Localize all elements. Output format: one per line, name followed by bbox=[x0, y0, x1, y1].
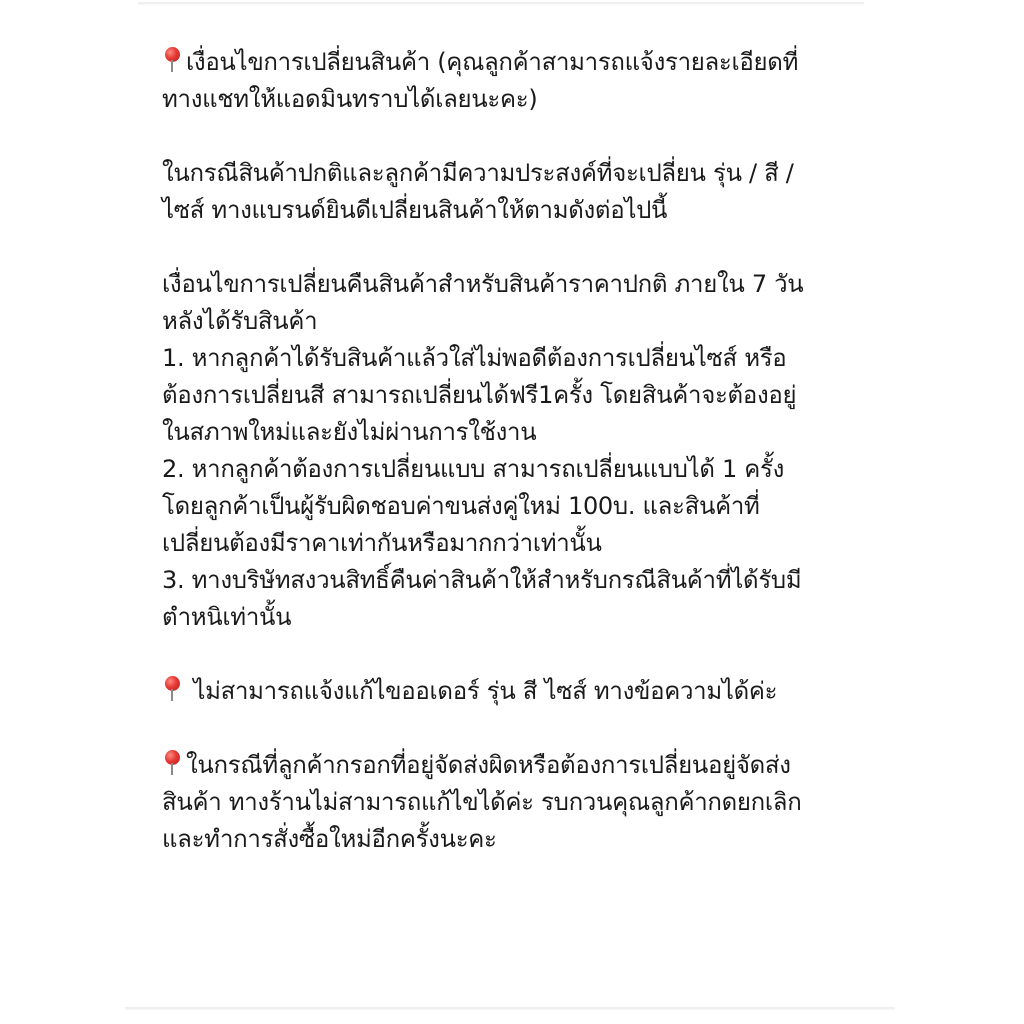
bottom-divider bbox=[125, 1007, 895, 1009]
text-line: สินค้า ทางร้านไม่สามารถแก้ไขได้ค่ะ รบกวน… bbox=[162, 784, 882, 821]
text-line: ไซส์ ทางแบรนด์ยินดีเปลี่ยนสินค้าให้ตามดั… bbox=[162, 192, 882, 229]
return-conditions-block: เงื่อนไขการเปลี่ยนคืนสินค้าสำหรับสินค้าร… bbox=[162, 266, 882, 636]
text-line: ต้องการเปลี่ยนสี สามารถเปลี่ยนได้ฟรี1ครั… bbox=[162, 377, 882, 414]
condition-item-2: 2. หากลูกค้าต้องการเปลี่ยนแบบ สามารถเปลี… bbox=[162, 451, 882, 488]
text-line: โดยลูกค้าเป็นผู้รับผิดชอบค่าขนส่งคู่ใหม่… bbox=[162, 488, 882, 525]
text-line: เปลี่ยนต้องมีราคาเท่ากันหรือมากกว่าเท่าน… bbox=[162, 525, 882, 562]
round-pushpin-icon bbox=[162, 675, 182, 703]
text-line: ไม่สามารถแจ้งแก้ไขออเดอร์ รุ่น สี ไซส์ ท… bbox=[162, 673, 882, 710]
text-line: ในสภาพใหม่และยังไม่ผ่านการใช้งาน bbox=[162, 414, 882, 451]
text-line: ทางแชทให้แอดมินทราบได้เลยนะคะ) bbox=[162, 81, 882, 118]
exchange-conditions-header-block: เงื่อนไขการเปลี่ยนสินค้า (คุณลูกค้าสามาร… bbox=[162, 44, 882, 118]
round-pushpin-icon bbox=[162, 46, 182, 74]
address-change-notice-block: ในกรณีที่ลูกค้ากรอกที่อยู่จัดส่งผิดหรือต… bbox=[162, 747, 882, 858]
text-line: และทำการสั่งซื้อใหม่อีกครั้งนะคะ bbox=[162, 821, 882, 858]
text-line: หลังได้รับสินค้า bbox=[162, 303, 882, 340]
round-pushpin-icon bbox=[162, 749, 182, 777]
condition-item-3: 3. ทางบริษัทสงวนสิทธิ์คืนค่าสินค้าให้สำห… bbox=[162, 562, 882, 599]
text-line: เงื่อนไขการเปลี่ยนคืนสินค้าสำหรับสินค้าร… bbox=[162, 266, 882, 303]
text-line: ตำหนิเท่านั้น bbox=[162, 599, 882, 636]
text-line: เงื่อนไขการเปลี่ยนสินค้า (คุณลูกค้าสามาร… bbox=[162, 44, 882, 81]
policy-document: เงื่อนไขการเปลี่ยนสินค้า (คุณลูกค้าสามาร… bbox=[162, 44, 882, 858]
top-divider bbox=[138, 2, 864, 4]
text-line: ในกรณีที่ลูกค้ากรอกที่อยู่จัดส่งผิดหรือต… bbox=[162, 747, 882, 784]
order-edit-notice-block: ไม่สามารถแจ้งแก้ไขออเดอร์ รุ่น สี ไซส์ ท… bbox=[162, 673, 882, 710]
text-line: ในกรณีสินค้าปกติและลูกค้ามีความประสงค์ที… bbox=[162, 155, 882, 192]
exchange-intro-block: ในกรณีสินค้าปกติและลูกค้ามีความประสงค์ที… bbox=[162, 155, 882, 229]
condition-item-1: 1. หากลูกค้าได้รับสินค้าแล้วใส่ไม่พอดีต้… bbox=[162, 340, 882, 377]
